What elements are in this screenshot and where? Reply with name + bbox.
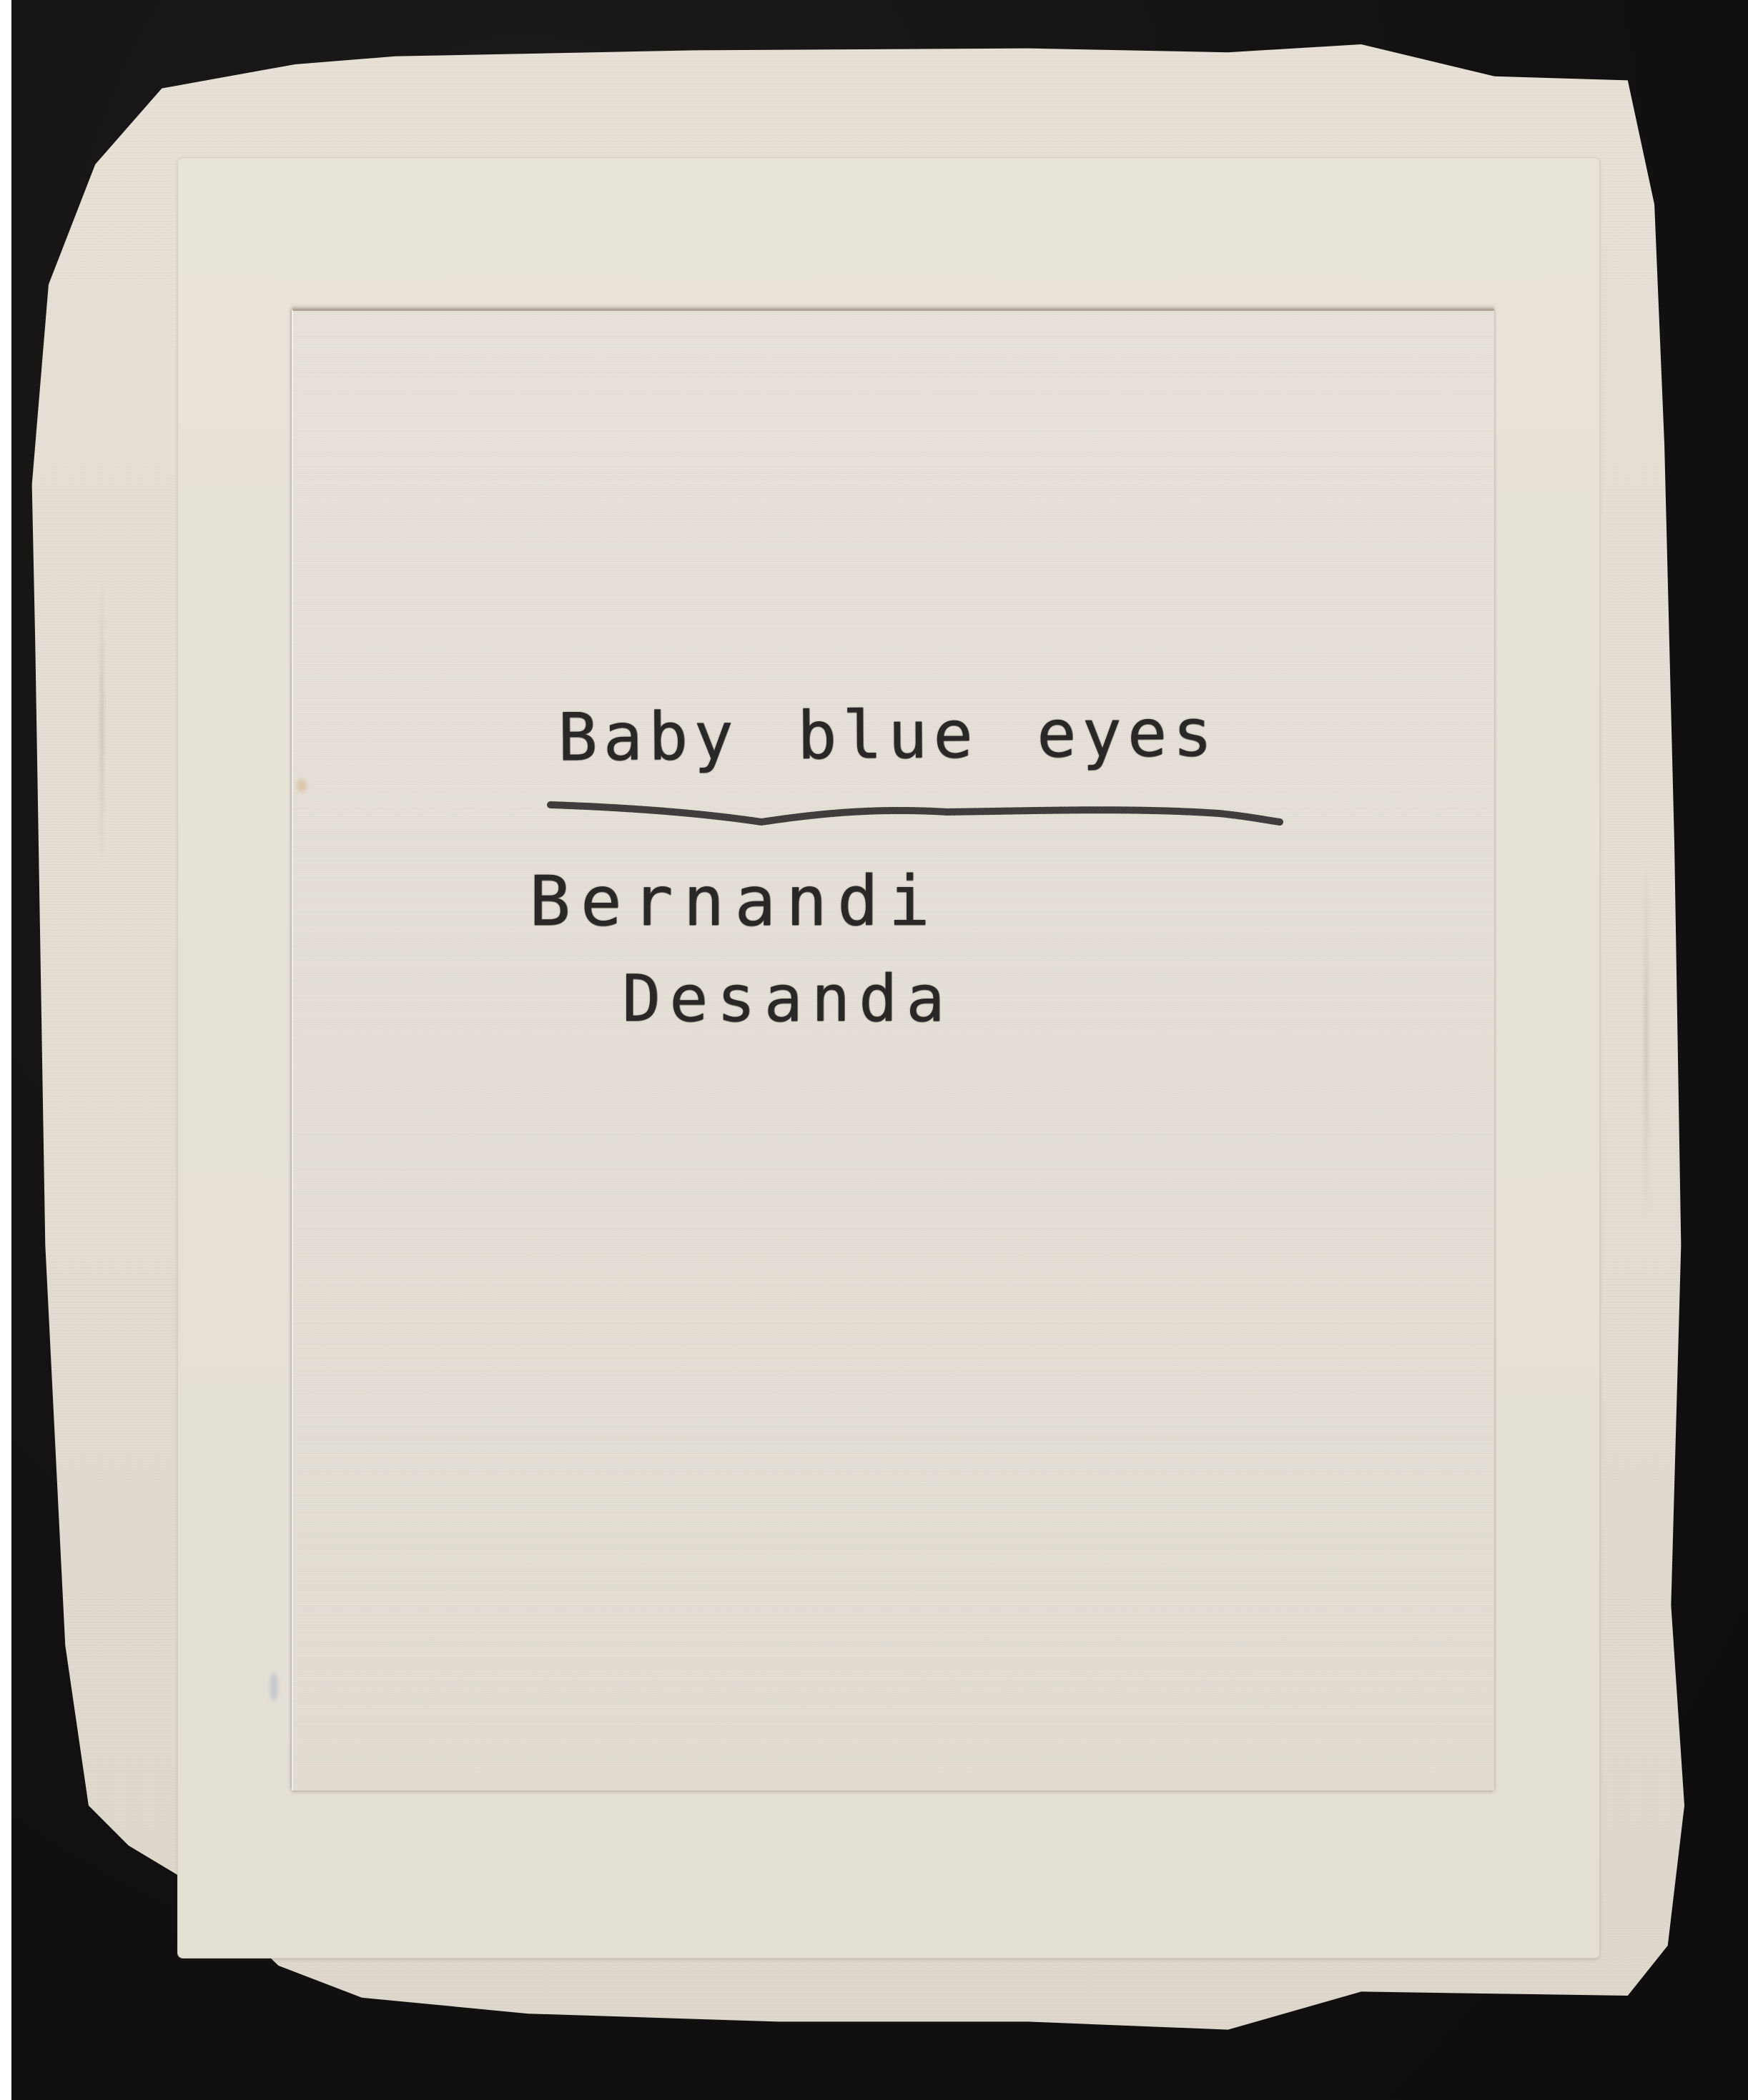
- title-underline: [547, 792, 1283, 835]
- inscription-title: Baby blue eyes: [558, 695, 1218, 776]
- stretched-canvas-panel: [292, 309, 1494, 1791]
- photograph: Baby blue eyes Bernandi Desanda: [0, 0, 1748, 2100]
- canvas-wrinkle: [1644, 858, 1648, 1215]
- scan-edge-strip: [0, 0, 11, 2100]
- inscription-artist-last-name: Desanda: [622, 961, 953, 1036]
- canvas-stain: [297, 779, 307, 792]
- inscription-artist-first-name: Bernandi: [529, 861, 939, 941]
- canvas-wrinkle: [100, 572, 104, 872]
- canvas-stain: [270, 1673, 277, 1701]
